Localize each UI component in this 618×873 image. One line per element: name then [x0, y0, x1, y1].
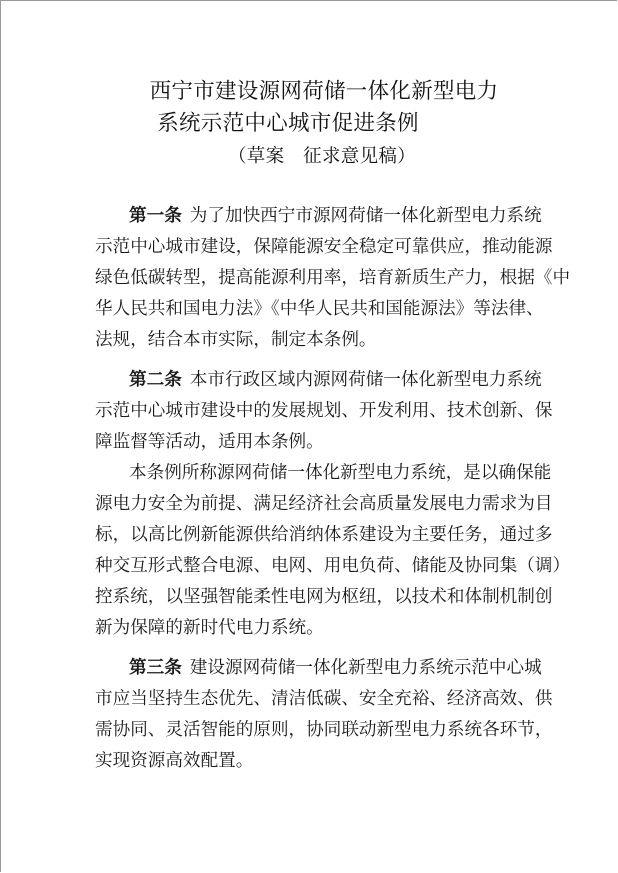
article-3-line-4: 实现资源高效配置。: [95, 746, 533, 777]
article-2-paragraph-2: 本条例所称源网荷储一体化新型电力系统，是以确保能 源电力安全为前提、满足经济社会…: [95, 458, 533, 644]
article-1-line-4: 华人民共和国电力法》《中华人民共和国能源法》等法律、: [95, 294, 533, 325]
article-1-line-2: 示范中心城市建设，保障能源安全稳定可靠供应，推动能源: [95, 232, 533, 263]
paragraph-line-1: 本条例所称源网荷储一体化新型电力系统，是以确保能: [95, 458, 533, 489]
article-text: 建设源网荷储一体化新型电力系统示范中心城: [190, 658, 542, 678]
article-text: 本市行政区域内源网荷储一体化新型电力系统: [190, 370, 542, 390]
article-1: 第一条为了加快西宁市源网荷储一体化新型电力系统 示范中心城市建设，保障能源安全稳…: [95, 201, 533, 356]
article-text: 为了加快西宁市源网荷储一体化新型电力系统: [190, 206, 542, 226]
article-label: 第一条: [129, 206, 182, 226]
article-2-line-1: 第二条本市行政区域内源网荷储一体化新型电力系统: [95, 365, 533, 396]
document-page: 西宁市建设源网荷储一体化新型电力 系统示范中心城市促进条例 （草案 征求意见稿）…: [0, 0, 617, 872]
article-2: 第二条本市行政区域内源网荷储一体化新型电力系统 示范中心城市建设中的发展规划、开…: [95, 365, 533, 458]
document-subtitle: （草案 征求意见稿）: [13, 142, 618, 172]
article-3: 第三条建设源网荷储一体化新型电力系统示范中心城 市应当坚持生态优先、清洁低碳、安…: [95, 653, 533, 777]
article-3-line-1: 第三条建设源网荷储一体化新型电力系统示范中心城: [95, 653, 533, 684]
article-3-line-3: 需协同、灵活智能的原则，协同联动新型电力系统各环节，: [95, 715, 533, 746]
article-1-line-1: 第一条为了加快西宁市源网荷储一体化新型电力系统: [95, 201, 533, 232]
document-title-line-1: 西宁市建设源网荷储一体化新型电力: [15, 77, 618, 107]
paragraph-line-3: 标，以高比例新能源供给消纳体系建设为主要任务，通过多: [95, 520, 533, 551]
paragraph-line-4: 种交互形式整合电源、电网、用电负荷、储能及协同集（调）: [95, 551, 533, 582]
document-title-line-2: 系统示范中心城市促进条例: [0, 109, 597, 139]
paragraph-line-6: 新为保障的新时代电力系统。: [95, 613, 533, 644]
article-2-line-3: 障监督等活动，适用本条例。: [95, 427, 533, 458]
article-1-line-3: 绿色低碳转型，提高能源利用率，培育新质生产力，根据《中: [95, 263, 533, 294]
article-1-line-5: 法规，结合本市实际，制定本条例。: [95, 325, 533, 356]
article-3-line-2: 市应当坚持生态优先、清洁低碳、安全充裕、经济高效、供: [95, 684, 533, 715]
article-label: 第三条: [129, 658, 182, 678]
article-label: 第二条: [129, 370, 182, 390]
article-2-line-2: 示范中心城市建设中的发展规划、开发利用、技术创新、保: [95, 396, 533, 427]
paragraph-line-5: 控系统，以坚强智能柔性电网为枢纽，以技术和体制机制创: [95, 582, 533, 613]
paragraph-line-2: 源电力安全为前提、满足经济社会高质量发展电力需求为目: [95, 489, 533, 520]
